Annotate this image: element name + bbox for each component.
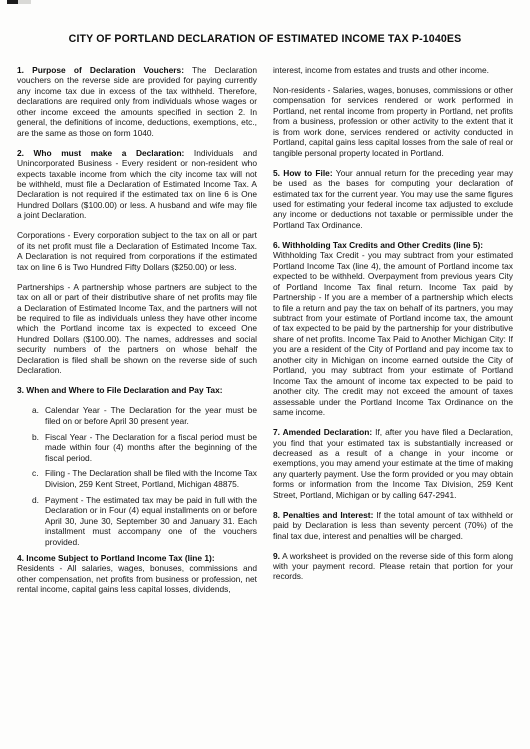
list-item-b: b. Fiscal Year - The Declaration for a f… (32, 432, 257, 463)
list-item-b-text: Fiscal Year - The Declaration for a fisc… (45, 432, 257, 463)
scan-artifact-mark (7, 0, 18, 4)
section-3-when-where: 3. When and Where to File Declaration an… (17, 385, 257, 395)
section-8-heading: 8. Penalties and Interest: (273, 510, 373, 520)
list-item-d-letter: d. (32, 495, 45, 547)
section-4-continuation: interest, income from estates and trusts… (273, 65, 513, 75)
section-7-amended-declaration: 7. Amended Declaration: If, after you ha… (273, 427, 513, 500)
list-item-c-letter: c. (32, 468, 45, 489)
section-6-withholding-credits: 6. Withholding Tax Credits and Other Cre… (273, 240, 513, 418)
section-4-body: Residents - All salaries, wages, bonuses… (17, 563, 257, 594)
page-title: CITY OF PORTLAND DECLARATION OF ESTIMATE… (0, 33, 530, 45)
paragraph-partnerships: Partnerships - A partnership whose partn… (17, 282, 257, 376)
section-6-heading: 6. Withholding Tax Credits and Other Cre… (273, 240, 513, 250)
section-8-penalties-interest: 8. Penalties and Interest: If the total … (273, 510, 513, 541)
list-item-a-text: Calendar Year - The Declaration for the … (45, 405, 257, 426)
paragraph-corporations: Corporations - Every corporation subject… (17, 230, 257, 272)
left-column: 1. Purpose of Declaration Vouchers: The … (17, 65, 257, 604)
right-column: interest, income from estates and trusts… (273, 65, 513, 604)
section-7-heading: 7. Amended Declaration: (273, 427, 372, 437)
section-1-purpose: 1. Purpose of Declaration Vouchers: The … (17, 65, 257, 138)
section-2-body: Individuals and Unincorporated Business … (17, 148, 257, 221)
section-1-body: The Declaration vouchers on the reverse … (17, 65, 257, 138)
section-3-heading: 3. When and Where to File Declaration an… (17, 385, 257, 395)
section-1-heading: 1. Purpose of Declaration Vouchers: (17, 65, 184, 75)
section-5-how-to-file: 5. How to File: Your annual return for t… (273, 168, 513, 231)
section-9-worksheet: 9. A worksheet is provided on the revers… (273, 551, 513, 582)
section-7-body: If, after you have filed a Declaration, … (273, 427, 513, 500)
document-page: CITY OF PORTLAND DECLARATION OF ESTIMATE… (0, 0, 530, 749)
list-item-d: d. Payment - The estimated tax may be pa… (32, 495, 257, 547)
list-item-a: a. Calendar Year - The Declaration for t… (32, 405, 257, 426)
list-item-c-text: Filing - The Declaration shall be filed … (45, 468, 257, 489)
two-column-body: 1. Purpose of Declaration Vouchers: The … (17, 65, 513, 604)
section-4-heading: 4. Income Subject to Portland Income Tax… (17, 553, 257, 563)
section-4-income-subject: 4. Income Subject to Portland Income Tax… (17, 553, 257, 595)
list-item-b-letter: b. (32, 432, 45, 463)
section-9-body: A worksheet is provided on the reverse s… (273, 551, 513, 582)
section-9-heading: 9. (273, 551, 280, 561)
section-5-heading: 5. How to File: (273, 168, 333, 178)
list-item-c: c. Filing - The Declaration shall be fil… (32, 468, 257, 489)
section-2-who-must-file: 2. Who must make a Declaration: Individu… (17, 148, 257, 221)
list-item-a-letter: a. (32, 405, 45, 426)
section-2-heading: 2. Who must make a Declaration: (17, 148, 184, 158)
paragraph-non-residents: Non-residents - Salaries, wages, bonuses… (273, 85, 513, 158)
list-item-d-text: Payment - The estimated tax may be paid … (45, 495, 257, 547)
scan-artifact-gray (18, 0, 31, 4)
section-6-body: Withholding Tax Credit - you may subtrac… (273, 250, 513, 417)
